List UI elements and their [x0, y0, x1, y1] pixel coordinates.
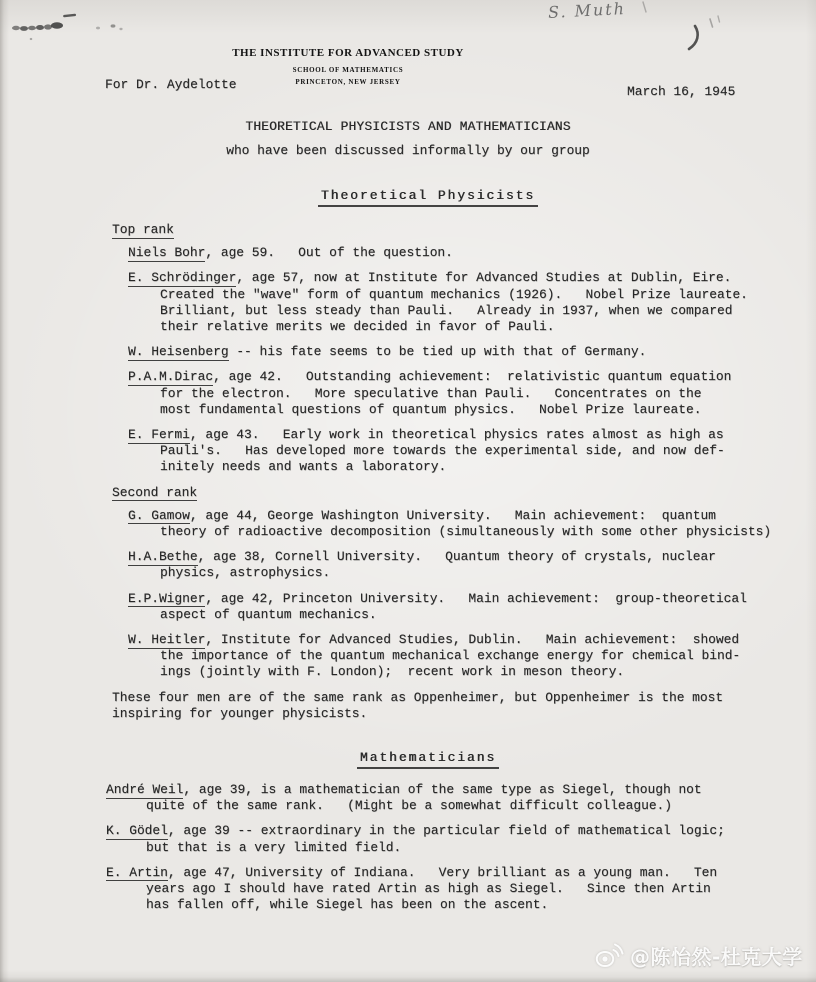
entry-first-line: W. Heitler, Institute for Advanced Studi… [128, 632, 807, 648]
entry-continuation-line: but that is a very limited field. [146, 840, 808, 856]
entry-continuation-line: most fundamental questions of quantum ph… [160, 402, 807, 418]
weibo-watermark: @陈怡然-杜克大学 [594, 941, 803, 970]
letterhead-institute-name: THE INSTITUTE FOR ADVANCED STUDY [0, 47, 696, 59]
document-subtitle: who have been discussed informally by ou… [226, 143, 590, 158]
document-title: THEORETICAL PHYSICISTS AND MATHEMATICIAN… [245, 119, 570, 134]
second-rank-label-row: Second rank [112, 485, 807, 501]
person-name: Niels Bohr [128, 245, 205, 262]
entry-first-line: H.A.Bethe, age 38, Cornell University. Q… [128, 549, 807, 565]
note-line: These four men are of the same rank as O… [112, 690, 807, 706]
entry-continuation-line: years ago I should have rated Artin as h… [146, 881, 808, 897]
person-name: P.A.M.Dirac [128, 369, 213, 386]
person-name: André Weil [106, 782, 183, 799]
entry-continuation-line: aspect of quantum mechanics. [160, 607, 807, 623]
person-name: E. Artin [106, 865, 168, 882]
physicist-entry-heisenberg: W. Heisenberg -- his fate seems to be ti… [112, 344, 807, 360]
note-line: inspiring for younger physicists. [112, 706, 807, 722]
entry-text: , age 47, University of Indiana. Very br… [168, 865, 717, 880]
physicists-section-body: Top rank Niels Bohr, age 59. Out of the … [112, 222, 807, 722]
entry-continuation-line: the importance of the quantum mechanical… [160, 648, 807, 664]
oppenheimer-note-paragraph: These four men are of the same rank as O… [112, 690, 807, 722]
physicist-entry-dirac: P.A.M.Dirac, age 42. Outstanding achieve… [112, 369, 807, 418]
letterhead-school-line: SCHOOL OF MATHEMATICS [0, 66, 696, 74]
person-name: W. Heitler [128, 632, 205, 649]
person-name: E. Fermi [128, 427, 190, 444]
entry-continuation-line: Created the "wave" form of quantum mecha… [160, 287, 807, 303]
person-name: E.P.Wigner [128, 591, 205, 608]
entry-text: , Institute for Advanced Studies, Dublin… [205, 632, 739, 647]
entry-text: , age 59. Out of the question. [205, 245, 453, 260]
entry-first-line: E. Artin, age 47, University of Indiana.… [106, 865, 808, 881]
entry-continuation-line: Pauli's. Has developed more towards the … [160, 443, 807, 459]
entry-text: , age 44, George Washington University. … [190, 508, 716, 523]
watermark-text: @陈怡然-杜克大学 [630, 941, 803, 970]
physicist-entry-schroedinger: E. Schrödinger, age 57, now at Institute… [112, 270, 807, 335]
physicist-entry-wigner: E.P.Wigner, age 42, Princeton University… [112, 591, 807, 623]
second-rank-label: Second rank [112, 485, 197, 502]
physicist-entry-bohr: Niels Bohr, age 59. Out of the question. [112, 245, 807, 261]
entry-text: , age 39, is a mathematician of the same… [183, 782, 701, 797]
entry-first-line: E. Schrödinger, age 57, now at Institute… [128, 270, 807, 286]
entry-first-line: E. Fermi, age 43. Early work in theoreti… [128, 427, 807, 443]
person-name: G. Gamow [128, 508, 190, 525]
top-rank-label: Top rank [112, 222, 174, 239]
physicist-entry-bethe: H.A.Bethe, age 38, Cornell University. Q… [112, 549, 807, 581]
physicist-entry-fermi: E. Fermi, age 43. Early work in theoreti… [112, 427, 807, 476]
entry-first-line: W. Heisenberg -- his fate seems to be ti… [128, 344, 807, 360]
weibo-logo-icon [594, 942, 624, 969]
entry-text: , age 57, now at Institute for Advanced … [236, 270, 731, 285]
physicists-section-heading-row: Theoretical Physicists [20, 186, 816, 207]
entry-text: -- his fate seems to be tied up with tha… [229, 344, 647, 359]
person-name: K. Gödel [106, 823, 168, 840]
physicists-section-heading: Theoretical Physicists [318, 188, 538, 207]
top-rank-label-row: Top rank [112, 222, 807, 238]
entry-continuation-line: has fallen off, while Siegel has been on… [146, 897, 808, 913]
person-name: W. Heisenberg [128, 344, 229, 361]
person-name: H.A.Bethe [128, 549, 198, 566]
mathematician-entry-artin: E. Artin, age 47, University of Indiana.… [106, 865, 808, 914]
entry-text: , age 42, Princeton University. Main ach… [205, 591, 747, 606]
document-subtitle-row: who have been discussed informally by ou… [0, 141, 816, 159]
entry-continuation-line: their relative merits we decided in favo… [160, 319, 807, 335]
date-line: March 16, 1945 [627, 84, 735, 100]
entry-continuation-line: physics, astrophysics. [160, 565, 807, 581]
entry-first-line: Niels Bohr, age 59. Out of the question. [128, 245, 807, 261]
entry-text: , age 38, Cornell University. Quantum th… [198, 549, 716, 564]
mathematicians-section-heading: Mathematicians [357, 750, 499, 769]
entry-text: , age 43. Early work in theoretical phys… [190, 427, 724, 442]
document-title-row: THEORETICAL PHYSICISTS AND MATHEMATICIAN… [0, 117, 816, 135]
mathematician-entry-goedel: K. Gödel, age 39 -- extraordinary in the… [106, 823, 808, 855]
entry-continuation-line: Brilliant, but less steady than Pauli. A… [160, 303, 807, 319]
person-name: E. Schrödinger [128, 270, 236, 287]
entry-first-line: André Weil, age 39, is a mathematician o… [106, 782, 808, 798]
entry-continuation-line: quite of the same rank. (Might be a some… [146, 798, 808, 814]
entry-first-line: P.A.M.Dirac, age 42. Outstanding achieve… [128, 369, 807, 385]
entry-continuation-line: ings (jointly with F. London); recent wo… [160, 664, 807, 680]
mathematicians-section-heading-row: Mathematicians [20, 748, 816, 769]
mathematician-entry-weil: André Weil, age 39, is a mathematician o… [106, 782, 808, 814]
entry-continuation-line: theory of radioactive decomposition (sim… [160, 524, 807, 540]
entry-first-line: E.P.Wigner, age 42, Princeton University… [128, 591, 807, 607]
entry-continuation-line: initely needs and wants a laboratory. [160, 459, 807, 475]
physicist-entry-gamow: G. Gamow, age 44, George Washington Univ… [112, 508, 807, 540]
entry-text: , age 42. Outstanding achievement: relat… [213, 369, 731, 384]
entry-continuation-line: for the electron. More speculative than … [160, 386, 807, 402]
addressee-line: For Dr. Aydelotte [105, 77, 237, 93]
entry-first-line: K. Gödel, age 39 -- extraordinary in the… [106, 823, 808, 839]
mathematicians-section-body: André Weil, age 39, is a mathematician o… [106, 782, 808, 922]
entry-first-line: G. Gamow, age 44, George Washington Univ… [128, 508, 807, 524]
entry-text: , age 39 -- extraordinary in the particu… [168, 823, 725, 838]
physicist-entry-heitler: W. Heitler, Institute for Advanced Studi… [112, 632, 807, 681]
